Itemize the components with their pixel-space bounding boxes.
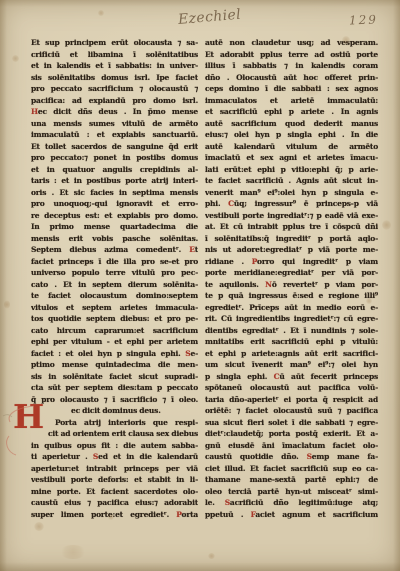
paper-stain: [342, 36, 350, 44]
text-line: te faciet sacrificiū . Agnis aūt sicut i…: [205, 175, 378, 187]
text-line: caustū eius ⁊ pacifica eius:⁊ adorabit: [31, 497, 198, 509]
text-line: et in kalendis et ī sabbatis: in univer-: [31, 60, 198, 72]
text-line: sua sicut fieri solet ī die sabbati ⁊ eg…: [205, 417, 378, 429]
text-line: cta sūt per septem dies:tam p peccato: [31, 382, 198, 394]
text-line: oleo terciā partē hyn-ut misceatʳ simi-: [205, 486, 378, 498]
text-line: Porta atrij interioris que respi-: [31, 417, 198, 429]
text-line: faciet : et olei hyn p singula ephi. Se-: [31, 348, 198, 360]
rubricated-letter: H: [31, 107, 38, 116]
running-title-handwritten: Ezechiel: [177, 6, 248, 28]
text-line: sis solēnitatibs domus isrl. Ipe faciet: [31, 72, 198, 84]
text-line: vitulos et septem arietes immacula-: [31, 302, 198, 314]
text-line: q̄ pro olocausto ⁊ ī sacrificio ⁊ ī oleo…: [31, 394, 198, 406]
text-line: cato hircum caprarum:et sacrificium: [31, 325, 198, 337]
text-line: taria dño-aperietʳ ei porta q̄ respicit …: [205, 394, 378, 406]
text-line: cit ad orientem erit clausa sex diebus: [31, 428, 198, 440]
text-line: et ephi p ariete:agnis aūt erit sacrific…: [205, 348, 378, 360]
paper-stain: [382, 220, 391, 230]
text-line: mnitatibs erit sacrificiū ephi p vitulū:: [205, 336, 378, 348]
text-line: crificiū et libamina ī solēnitatibus: [31, 49, 198, 61]
text-line: Et adorabit pplus terre ad ostiū porte: [205, 49, 378, 61]
text-line: ec dicit dominus deus.: [31, 405, 198, 417]
text-line: immaculatos et arietē immaculatū:: [205, 95, 378, 107]
text-line: le. Sacrificiū dño legitimū:iuge atq;: [205, 497, 378, 509]
paper-stain: [60, 545, 86, 559]
text-line: mine porte. Et facient sacerdotes olo-: [31, 486, 198, 498]
text-line: ptimo mense quintadecima die men-: [31, 359, 198, 371]
rubricated-letter: C: [274, 372, 280, 381]
text-line: egredietʳ. Prīceps aūt in medio eorū e-: [205, 302, 378, 314]
text-line: dientibs egrediatʳ . Et ī nundinis ⁊ sol…: [205, 325, 378, 337]
paper-stain: [150, 468, 155, 473]
text-column-left: Et sup principem erūt olocausta ⁊ sa-cri…: [31, 37, 198, 520]
text-line: lati erūt:et ephi p vitlo:ephi q̄; p ari…: [205, 164, 378, 176]
text-line: spōtaneū olocaustū aut pacifica volū-: [205, 382, 378, 394]
text-line: ceps domino ī die sabbati : sex agnos: [205, 83, 378, 95]
text-line: In primo mense quartadecima die: [31, 221, 198, 233]
rubricated-letter: S: [225, 498, 230, 507]
paper-stain: [366, 298, 372, 304]
text-line: nis ut adoret:egrediatʳ p viā porte me-: [205, 244, 378, 256]
text-line: taris : et in postibus porte atrij inter…: [31, 175, 198, 187]
text-line: et sacrificiū ephi p ariete . In agnis: [205, 106, 378, 118]
rubricated-letter: S: [93, 452, 98, 461]
text-line: vestibuli porte deforis: et stabit in li…: [31, 474, 198, 486]
manuscript-page: Ezechiel 129 Et sup principem erūt oloca…: [0, 0, 400, 571]
text-line: autē non claudetur usq; ad vesperam.: [205, 37, 378, 49]
rubricated-letter: P: [252, 257, 257, 266]
text-line: porte meridiane:egrediatʳ per viā por-: [205, 267, 378, 279]
text-line: ciet illud. Et faciet sacrificiū sup eo …: [205, 463, 378, 475]
text-line: re deceptus est: et expiabis pro domo.: [31, 210, 198, 222]
text-line: Et tollet sacerdos de sanguine q̄d erit: [31, 141, 198, 153]
text-line: īmaclatū et sex agni et arietes īmacu-: [205, 152, 378, 164]
text-line: eius:⁊ olei hyn p singla ephi . In die: [205, 129, 378, 141]
text-line: immaculatū : et expiabis sanctuariū.: [31, 129, 198, 141]
folio-number: 129: [349, 12, 378, 27]
text-line: thamane mane-sextā partē ephi:⁊ de: [205, 474, 378, 486]
text-line: oriētē: ⁊ faciet olocaustū suū ⁊ pacific…: [205, 405, 378, 417]
text-line: pro unoquoq;-qui ignoravit et erro-: [31, 198, 198, 210]
text-line: tos quotidie septem diebus: et pro pe-: [31, 313, 198, 325]
text-line: te faciet olocaustum domino:septem: [31, 290, 198, 302]
text-line: Septem diebus azima comedentʳ. Et: [31, 244, 198, 256]
text-line: gnū eiusdē āni īmaclatum faciet olo-: [205, 440, 378, 452]
text-line: ti aperietur . Sed et in die kalendarū: [31, 451, 198, 463]
rubricated-letter: N: [265, 280, 272, 289]
text-line: universo populo terre vitulū pro pec-: [31, 267, 198, 279]
text-line: una mensis sumes vitulū de armēto: [31, 118, 198, 130]
paper-stain: [208, 553, 215, 559]
text-line: pro peccato sacrificium ⁊ olocaustū ⁊: [31, 83, 198, 95]
text-line: et in quatuor angulis crepidinis al-: [31, 164, 198, 176]
text-line: ephi per vitulum - et ephi per arietem: [31, 336, 198, 348]
paper-stain: [300, 80, 322, 96]
text-line: mensis erit vobis pasche solēnitas.: [31, 233, 198, 245]
text-line: illius ī sabbatis ⁊ in kalendis coram: [205, 60, 378, 72]
text-line: super limen porte:et egredietʳ. Porta: [31, 509, 198, 521]
text-line: p singla ephi. Cū aūt fecerit princeps: [205, 371, 378, 383]
text-line: Hec dicit dñs deus . In p̄mo mense: [31, 106, 198, 118]
text-line: in quibus opus fit : die autem sabba-: [31, 440, 198, 452]
text-line: faciet princeps ī die illa pro se-et pro: [31, 256, 198, 268]
text-line: vestibuli porte ingrediatʳ:⁊ p eadē viā …: [205, 210, 378, 222]
text-line: autē sacrificium quod dederit manus: [205, 118, 378, 130]
text-line: ppetuū . Faciet agnum et sacrificium: [205, 509, 378, 521]
text-line: phi. Cūq; ingressur⁹ ē princeps-p viā: [205, 198, 378, 210]
text-line: rit. Cū ingredientibs ingredietʳ:⁊ cū eg…: [205, 313, 378, 325]
paper-stain: [4, 300, 10, 309]
rubricated-letter: F: [251, 510, 256, 519]
text-line: pacifica: ad expiandū pro domo isrl.: [31, 95, 198, 107]
paper-stain: [12, 55, 19, 62]
text-line: sis in solēnitate faciet sicut supradi-: [31, 371, 198, 383]
text-line: at. Et cū intrabit pplus tre ī cōspcū dñ…: [205, 221, 378, 233]
text-line: te p quā ingressus ē:sed e regione illi⁹: [205, 290, 378, 302]
pen-flourish: [0, 392, 46, 462]
paper-stain: [34, 522, 44, 531]
text-line: Et sup principem erūt olocausta ⁊ sa-: [31, 37, 198, 49]
rubricated-letter: C: [228, 199, 234, 208]
rubricated-letter: P: [176, 510, 181, 519]
text-line: pro peccato:⁊ ponet in postibs domus: [31, 152, 198, 164]
text-line: dño . Olocaustū aūt hoc offeret prin-: [205, 72, 378, 84]
paper-stain: [108, 514, 114, 520]
rubricated-letter: S: [307, 452, 312, 461]
text-line: ridiane . Porro qui ingreditʳ p viam: [205, 256, 378, 268]
text-line: um sicut īvenerit man⁹ ei⁹:⁊ olei hyn: [205, 359, 378, 371]
text-line: cato . Et in septem dierum solēnita-: [31, 279, 198, 291]
text-line: te aquilonis. Nō revertetʳ p viam por-: [205, 279, 378, 291]
text-line: aperietur:et intrabit princeps per viā: [31, 463, 198, 475]
text-line: autē kalendarū vitulum de armēto: [205, 141, 378, 153]
rubricated-letter: E: [189, 245, 195, 254]
paper-stain: [98, 10, 104, 16]
text-line: caustū quotidie dño. Semp mane fa-: [205, 451, 378, 463]
text-line: oris . Et sic facies in septima mensis: [31, 187, 198, 199]
text-line: venerit man⁹ ei⁹:olei hyn p singula e-: [205, 187, 378, 199]
rubricated-letter: S: [185, 349, 190, 358]
text-column-right: autē non claudetur usq; ad vesperam.Et a…: [205, 37, 378, 520]
text-line: ī solēnitatibs:q̄ ingreditʳ p portā aqlo…: [205, 233, 378, 245]
text-line: dietʳ:claudetq̄; porta postq̄ exierit. E…: [205, 428, 378, 440]
